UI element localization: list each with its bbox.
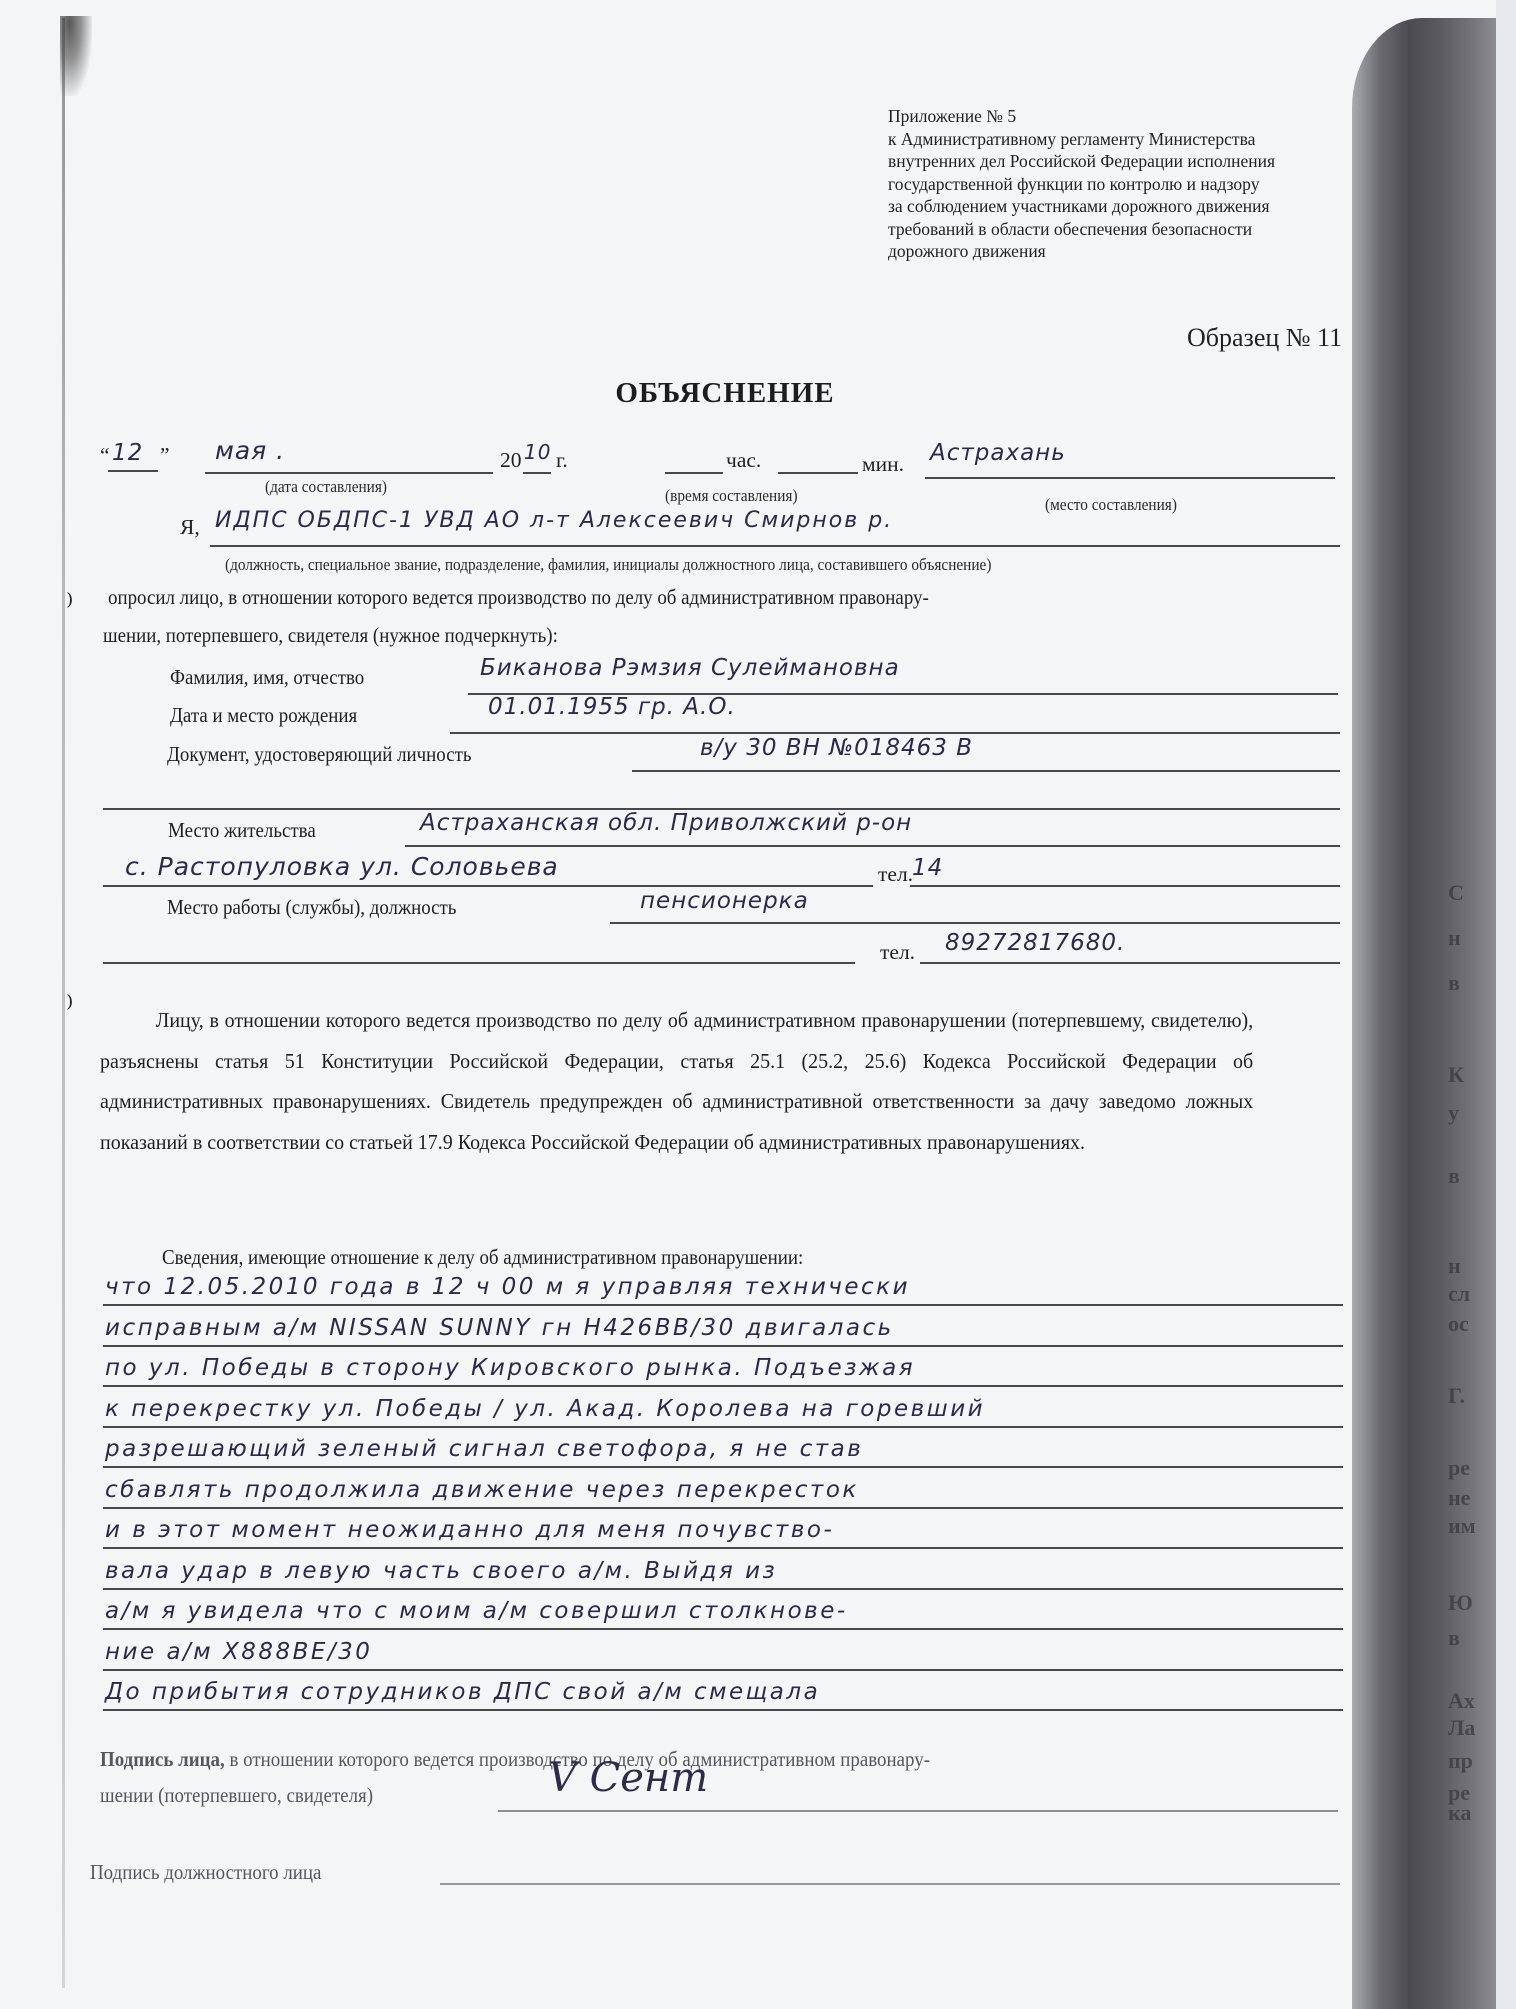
binder-streak xyxy=(62,18,65,1988)
statement-line: что 12.05.2010 года в 12 ч 00 м я управл… xyxy=(105,1274,910,1300)
statement-line: по ул. Победы в сторону Кировского рынка… xyxy=(105,1355,915,1381)
work-line-2 xyxy=(103,962,855,964)
interview-intro-line: шении, потерпевшего, свидетеля (нужное п… xyxy=(103,623,558,648)
birth-label: Дата и место рождения xyxy=(170,703,357,728)
month-value: мая . xyxy=(215,436,285,465)
appendix-header: Приложение № 5 к Административному регла… xyxy=(888,105,1358,263)
statement-ruled-line xyxy=(103,1669,1343,1671)
bleed-through-glyph: Ах xyxy=(1448,1688,1475,1714)
bleed-through-glyph: сл xyxy=(1448,1281,1470,1307)
place-line xyxy=(925,477,1335,479)
day-open-quote: “ xyxy=(100,443,110,468)
bleed-through-glyph: не xyxy=(1448,1485,1470,1511)
time-caption: (время составления) xyxy=(665,486,798,506)
bleed-through-glyph: у xyxy=(1448,1100,1459,1126)
bleed-through-glyph: н xyxy=(1448,1253,1461,1279)
appendix-line: к Административному регламенту Министерс… xyxy=(888,128,1358,151)
official-caption: (должность, специальное звание, подразде… xyxy=(225,555,991,575)
statement-ruled-line xyxy=(103,1304,1343,1306)
full-name-label: Фамилия, имя, отчество xyxy=(170,665,364,690)
birth-value: 01.01.1955 гр. А.О. xyxy=(488,694,736,720)
minutes-label: мин. xyxy=(862,452,904,477)
bleed-through-glyph: им xyxy=(1448,1513,1476,1539)
bleed-through-glyph: ос xyxy=(1448,1311,1469,1337)
statement-line: До прибытия сотрудников ДПС свой а/м сме… xyxy=(105,1679,820,1705)
statement-label: Сведения, имеющие отношение к делу об ад… xyxy=(162,1245,803,1270)
birth-line xyxy=(450,732,1340,734)
rights-paragraph: Лицу, в отношении которого ведется произ… xyxy=(100,1000,1253,1162)
month-line xyxy=(205,472,493,474)
bleed-through-glyph: К xyxy=(1448,1062,1464,1088)
residence-label: Место жительства xyxy=(168,818,316,843)
place-caption: (место составления) xyxy=(1045,495,1177,515)
statement-ruled-line xyxy=(103,1466,1343,1468)
statement-ruled-line xyxy=(103,1507,1343,1509)
bleed-through-glyph: в xyxy=(1448,1625,1460,1651)
person-signature: V Сент xyxy=(548,1755,708,1801)
year-line xyxy=(523,472,551,474)
year-unit: г. xyxy=(556,448,568,473)
statement-line: исправным а/м NISSAN SUNNY гн Н426ВВ/30 … xyxy=(105,1315,894,1341)
sample-number: Образец № 11 xyxy=(1187,323,1342,353)
residence-phone-line xyxy=(910,885,1340,887)
appendix-line: дорожного движения xyxy=(888,240,1358,263)
residence-value-line2: с. Растопуловка ул. Соловьева xyxy=(125,852,559,881)
work-value: пенсионерка xyxy=(640,888,809,914)
rights-paragraph-text: Лицу, в отношении которого ведется произ… xyxy=(100,1008,1253,1154)
statement-line: разрешающий зеленый сигнал светофора, я … xyxy=(105,1436,863,1462)
minutes-line xyxy=(778,472,858,474)
official-value: ИДПС ОБДПС-1 УВД АО л-т Алексеевич Смирн… xyxy=(215,508,893,533)
place-value: Астрахань xyxy=(930,440,1066,466)
day-value: 12 xyxy=(112,440,143,466)
appendix-line: за соблюдением участниками дорожного дви… xyxy=(888,195,1358,218)
work-line xyxy=(610,922,1340,924)
residence-phone-label: тел. xyxy=(878,862,913,887)
official-signature-line xyxy=(440,1883,1340,1885)
interview-intro-line: опросил лицо, в отношении которого ведет… xyxy=(108,585,929,610)
statement-ruled-line xyxy=(103,1628,1343,1630)
bleed-through-glyph: пр xyxy=(1448,1748,1473,1774)
person-signature-line xyxy=(498,1810,1338,1812)
residence-value-line1: Астраханская обл. Приволжский р-он xyxy=(420,810,912,836)
statement-line: и в этот момент неожиданно для меня почу… xyxy=(105,1517,834,1543)
official-signature-label: Подпись должностного лица xyxy=(90,1860,321,1885)
statement-line: к перекрестку ул. Победы / ул. Акад. Кор… xyxy=(105,1396,985,1422)
statement-line: а/м я увидела что с моим а/м совершил ст… xyxy=(105,1598,848,1624)
id-doc-value: в/у 30 ВН №018463 В xyxy=(700,735,973,761)
work-label: Место работы (службы), должность xyxy=(167,895,456,920)
appendix-line: внутренних дел Российской Федерации испо… xyxy=(888,150,1358,173)
id-doc-line xyxy=(632,770,1340,772)
person-signature-label-2: шении (потерпевшего, свидетеля) xyxy=(100,1783,373,1808)
person-signature-label: Подпись лица, в отношении которого ведет… xyxy=(100,1747,930,1772)
id-doc-label: Документ, удостоверяющий личность xyxy=(167,742,472,767)
hours-line xyxy=(665,472,723,474)
year-prefix: 20 xyxy=(500,448,522,473)
bleed-through-glyph: Г. xyxy=(1448,1383,1465,1409)
appendix-line: требований в области обеспечения безопас… xyxy=(888,218,1358,241)
document-title: ОБЪЯСНЕНИЕ xyxy=(0,377,1450,410)
day-close-quote: ” xyxy=(160,443,170,468)
year-suffix: 10 xyxy=(524,440,551,464)
date-caption: (дата составления) xyxy=(265,477,387,497)
margin-mark: ⁾ xyxy=(66,990,73,1025)
hours-label: час. xyxy=(726,448,761,473)
statement-line: сбавлять продолжила движение через перек… xyxy=(105,1477,859,1503)
bleed-through-glyph: С xyxy=(1448,880,1464,906)
official-line xyxy=(210,545,1340,547)
work-phone-value: 89272817680. xyxy=(945,930,1125,956)
statement-ruled-line xyxy=(103,1385,1343,1387)
bleed-through-glyph: в xyxy=(1448,1163,1460,1189)
appendix-line: государственной функции по контролю и на… xyxy=(888,173,1358,196)
scanned-document-page: ⁾ ⁾ Приложение № 5 к Административному р… xyxy=(0,0,1516,2009)
bleed-through-glyph: ка xyxy=(1448,1800,1471,1826)
bleed-through-glyph: в xyxy=(1448,970,1460,996)
residence-line-2 xyxy=(103,885,873,887)
bleed-through-glyph: Ю xyxy=(1448,1590,1473,1616)
work-phone-line xyxy=(920,962,1340,964)
residence-phone-value: 14 xyxy=(912,855,943,881)
statement-ruled-line xyxy=(103,1547,1343,1549)
bleed-through-glyph: ре xyxy=(1448,1455,1470,1481)
bleed-through-glyph: Ла xyxy=(1448,1715,1475,1741)
residence-line xyxy=(405,845,1340,847)
full-name-value: Биканова Рэмзия Сулеймановна xyxy=(480,655,900,681)
statement-line: вала удар в левую часть своего а/м. Выйд… xyxy=(105,1558,777,1584)
work-phone-label: тел. xyxy=(880,940,915,965)
appendix-line: Приложение № 5 xyxy=(888,105,1358,128)
statement-line: ние а/м Х888ВЕ/30 xyxy=(105,1639,372,1665)
statement-ruled-line xyxy=(103,1709,1343,1711)
person-signature-label-bold: Подпись лица, xyxy=(100,1747,225,1771)
official-prefix: Я, xyxy=(180,515,200,540)
margin-mark: ⁾ xyxy=(66,588,73,623)
statement-ruled-line xyxy=(103,1345,1343,1347)
bleed-through-glyph: н xyxy=(1448,925,1461,951)
day-line xyxy=(108,470,158,472)
statement-ruled-line xyxy=(103,1588,1343,1590)
scan-edge xyxy=(1496,0,1516,2009)
statement-ruled-line xyxy=(103,1426,1343,1428)
